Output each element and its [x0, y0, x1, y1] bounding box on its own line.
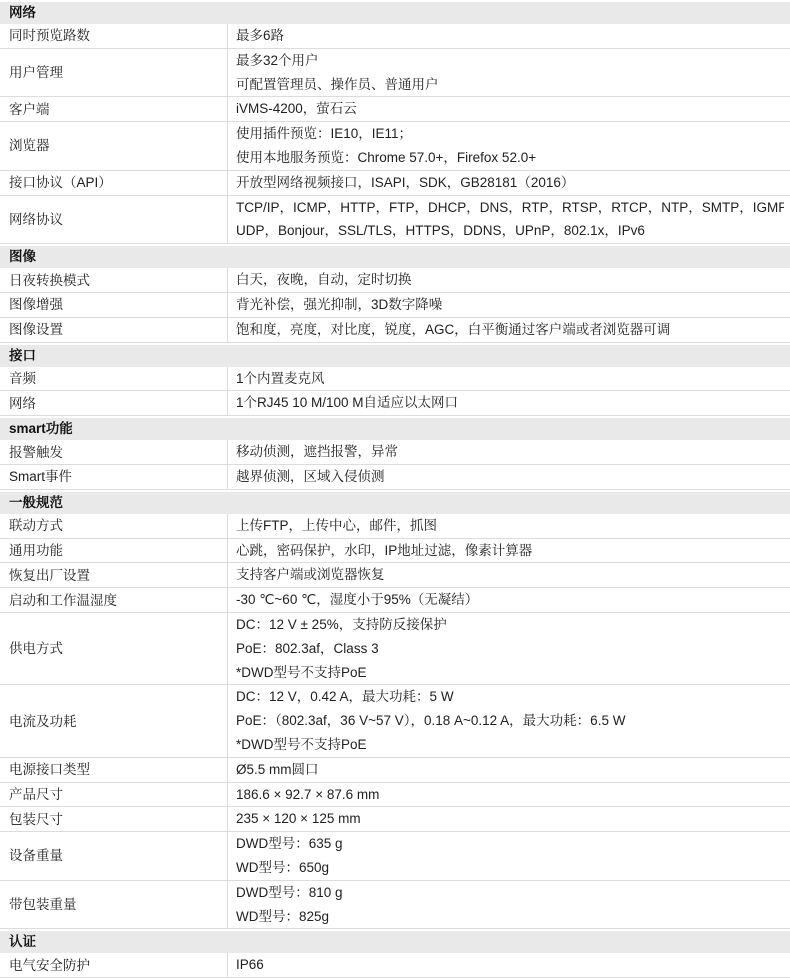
- spec-value: 越界侦测，区域入侵侦测: [228, 465, 790, 489]
- spec-row: 报警触发 移动侦测，遮挡报警，异常: [0, 440, 790, 465]
- spec-label: 通用功能: [0, 539, 228, 563]
- spec-label: 带包装重量: [0, 881, 228, 929]
- section-header: smart功能: [0, 418, 790, 440]
- spec-label: 包装尺寸: [0, 807, 228, 831]
- spec-label: 同时预览路数: [0, 24, 228, 48]
- spec-row: 恢复出厂设置 支持客户端或浏览器恢复: [0, 563, 790, 588]
- spec-row: 带包装重量 DWD型号：810 gWD型号：825g: [0, 881, 790, 930]
- spec-label: 设备重量: [0, 832, 228, 880]
- spec-label: 启动和工作温湿度: [0, 588, 228, 612]
- section-header: 网络: [0, 2, 790, 24]
- spec-row: 图像设置 饱和度，亮度，对比度，锐度，AGC，白平衡通过客户端或者浏览器可调: [0, 318, 790, 343]
- spec-value: Ø5.5 mm圆口: [228, 758, 790, 782]
- spec-label: 客户端: [0, 97, 228, 121]
- spec-label: 浏览器: [0, 122, 228, 170]
- spec-row: 联动方式 上传FTP，上传中心，邮件，抓图: [0, 514, 790, 539]
- spec-label: Smart事件: [0, 465, 228, 489]
- spec-value-line: 移动侦测，遮挡报警，异常: [236, 440, 784, 464]
- spec-value: DWD型号：635 gWD型号：650g: [228, 832, 790, 880]
- spec-row: 浏览器 使用插件预览：IE10，IE11；使用本地服务预览：Chrome 57.…: [0, 122, 790, 171]
- spec-label: 电流及功耗: [0, 685, 228, 756]
- spec-value-line: iVMS-4200，萤石云: [236, 97, 784, 121]
- spec-value-line: 上传FTP，上传中心，邮件，抓图: [236, 514, 784, 538]
- spec-label: 日夜转换模式: [0, 268, 228, 292]
- spec-value: 1个内置麦克风: [228, 367, 790, 391]
- spec-value-line: 最多32个用户: [236, 49, 784, 73]
- spec-value-line: 使用本地服务预览：Chrome 57.0+，Firefox 52.0+: [236, 146, 784, 170]
- spec-value: iVMS-4200，萤石云: [228, 97, 790, 121]
- spec-value-line: Ø5.5 mm圆口: [236, 758, 784, 782]
- spec-value-line: 1个RJ45 10 M/100 M自适应以太网口: [236, 391, 784, 415]
- spec-label: 供电方式: [0, 613, 228, 684]
- spec-value-line: 心跳，密码保护，水印，IP地址过滤，像素计算器: [236, 539, 784, 563]
- spec-value-line: UDP，Bonjour，SSL/TLS，HTTPS，DDNS，UPnP，802.…: [236, 219, 784, 243]
- spec-value-line: 白天，夜晚，自动，定时切换: [236, 268, 784, 292]
- spec-value: 背光补偿，强光抑制，3D数字降噪: [228, 293, 790, 317]
- spec-label: 电源接口类型: [0, 758, 228, 782]
- section-header: 认证: [0, 931, 790, 953]
- spec-value: 使用插件预览：IE10，IE11；使用本地服务预览：Chrome 57.0+，F…: [228, 122, 790, 170]
- spec-value: 白天，夜晚，自动，定时切换: [228, 268, 790, 292]
- spec-value-line: -30 ℃~60 ℃，湿度小于95%（无凝结）: [236, 588, 784, 612]
- spec-label: 网络: [0, 391, 228, 415]
- spec-value-line: WD型号：825g: [236, 905, 784, 929]
- spec-row: 设备重量 DWD型号：635 gWD型号：650g: [0, 832, 790, 881]
- spec-value-line: WD型号：650g: [236, 856, 784, 880]
- spec-label: 报警触发: [0, 440, 228, 464]
- spec-value: -30 ℃~60 ℃，湿度小于95%（无凝结）: [228, 588, 790, 612]
- section-header: 一般规范: [0, 492, 790, 514]
- spec-value-line: 饱和度，亮度，对比度，锐度，AGC，白平衡通过客户端或者浏览器可调: [236, 318, 784, 342]
- section-header: 图像: [0, 246, 790, 268]
- spec-label: 图像设置: [0, 318, 228, 342]
- spec-value: 开放型网络视频接口，ISAPI，SDK，GB28181（2016）: [228, 171, 790, 195]
- spec-value-line: 1个内置麦克风: [236, 367, 784, 391]
- spec-row: 电气安全防护 IP66: [0, 953, 790, 978]
- spec-value-line: 支持客户端或浏览器恢复: [236, 563, 784, 587]
- spec-label: 产品尺寸: [0, 783, 228, 807]
- spec-value-line: DC：12 V，0.42 A，最大功耗：5 W: [236, 685, 784, 709]
- spec-value-line: PoE：802.3af，Class 3: [236, 637, 784, 661]
- spec-value-line: 越界侦测，区域入侵侦测: [236, 465, 784, 489]
- spec-row: 电源接口类型 Ø5.5 mm圆口: [0, 758, 790, 783]
- spec-value: DC：12 V ± 25%，支持防反接保护PoE：802.3af，Class 3…: [228, 613, 790, 684]
- spec-value-line: IP66: [236, 953, 784, 977]
- spec-value: 186.6 × 92.7 × 87.6 mm: [228, 783, 790, 807]
- spec-value-line: 背光补偿，强光抑制，3D数字降噪: [236, 293, 784, 317]
- spec-row: 图像增强 背光补偿，强光抑制，3D数字降噪: [0, 293, 790, 318]
- spec-value: 最多6路: [228, 24, 790, 48]
- spec-value: 支持客户端或浏览器恢复: [228, 563, 790, 587]
- spec-value: 心跳，密码保护，水印，IP地址过滤，像素计算器: [228, 539, 790, 563]
- spec-label: 接口协议（API）: [0, 171, 228, 195]
- section-header: 接口: [0, 345, 790, 367]
- spec-value-line: 使用插件预览：IE10，IE11；: [236, 122, 784, 146]
- spec-row: 网络 1个RJ45 10 M/100 M自适应以太网口: [0, 391, 790, 416]
- spec-value-line: PoE：（802.3af，36 V~57 V），0.18 A~0.12 A，最大…: [236, 709, 784, 733]
- spec-row: 产品尺寸 186.6 × 92.7 × 87.6 mm: [0, 783, 790, 808]
- spec-row: 同时预览路数 最多6路: [0, 24, 790, 49]
- spec-value-line: 可配置管理员、操作员、普通用户: [236, 73, 784, 97]
- spec-label: 联动方式: [0, 514, 228, 538]
- spec-label: 恢复出厂设置: [0, 563, 228, 587]
- spec-value: DC：12 V，0.42 A，最大功耗：5 WPoE：（802.3af，36 V…: [228, 685, 790, 756]
- spec-label: 图像增强: [0, 293, 228, 317]
- spec-row: 供电方式 DC：12 V ± 25%，支持防反接保护PoE：802.3af，Cl…: [0, 613, 790, 685]
- spec-label: 电气安全防护: [0, 953, 228, 977]
- spec-row: Smart事件 越界侦测，区域入侵侦测: [0, 465, 790, 490]
- spec-row: 电流及功耗 DC：12 V，0.42 A，最大功耗：5 WPoE：（802.3a…: [0, 685, 790, 757]
- spec-row: 用户管理 最多32个用户可配置管理员、操作员、普通用户: [0, 49, 790, 98]
- spec-label: 用户管理: [0, 49, 228, 97]
- spec-value: TCP/IP，ICMP，HTTP，FTP，DHCP，DNS，RTP，RTSP，R…: [228, 196, 790, 244]
- spec-row: 网络协议 TCP/IP，ICMP，HTTP，FTP，DHCP，DNS，RTP，R…: [0, 196, 790, 245]
- spec-label: 网络协议: [0, 196, 228, 244]
- spec-value-line: 最多6路: [236, 24, 784, 48]
- spec-value-line: TCP/IP，ICMP，HTTP，FTP，DHCP，DNS，RTP，RTSP，R…: [236, 196, 784, 220]
- spec-value-line: DWD型号：810 g: [236, 881, 784, 905]
- spec-label: 音频: [0, 367, 228, 391]
- spec-value: 上传FTP，上传中心，邮件，抓图: [228, 514, 790, 538]
- spec-value: 1个RJ45 10 M/100 M自适应以太网口: [228, 391, 790, 415]
- spec-table: 网络 同时预览路数 最多6路 用户管理 最多32个用户可配置管理员、操作员、普通…: [0, 2, 790, 978]
- spec-page: 网络 同时预览路数 最多6路 用户管理 最多32个用户可配置管理员、操作员、普通…: [0, 2, 790, 978]
- spec-value: 235 × 120 × 125 mm: [228, 807, 790, 831]
- spec-row: 日夜转换模式 白天，夜晚，自动，定时切换: [0, 268, 790, 293]
- spec-row: 包装尺寸 235 × 120 × 125 mm: [0, 807, 790, 832]
- spec-row: 通用功能 心跳，密码保护，水印，IP地址过滤，像素计算器: [0, 539, 790, 564]
- spec-row: 客户端 iVMS-4200，萤石云: [0, 97, 790, 122]
- spec-value: 饱和度，亮度，对比度，锐度，AGC，白平衡通过客户端或者浏览器可调: [228, 318, 790, 342]
- spec-row: 启动和工作温湿度 -30 ℃~60 ℃，湿度小于95%（无凝结）: [0, 588, 790, 613]
- spec-value-line: *DWD型号不支持PoE: [236, 733, 784, 757]
- spec-value-line: 186.6 × 92.7 × 87.6 mm: [236, 783, 784, 807]
- spec-value: 移动侦测，遮挡报警，异常: [228, 440, 790, 464]
- spec-value: IP66: [228, 953, 790, 977]
- spec-value: DWD型号：810 gWD型号：825g: [228, 881, 790, 929]
- spec-row: 音频 1个内置麦克风: [0, 367, 790, 392]
- spec-value-line: 235 × 120 × 125 mm: [236, 807, 784, 831]
- spec-value-line: 开放型网络视频接口，ISAPI，SDK，GB28181（2016）: [236, 171, 784, 195]
- spec-value-line: DC：12 V ± 25%，支持防反接保护: [236, 613, 784, 637]
- spec-value-line: *DWD型号不支持PoE: [236, 661, 784, 685]
- spec-value: 最多32个用户可配置管理员、操作员、普通用户: [228, 49, 790, 97]
- spec-row: 接口协议（API） 开放型网络视频接口，ISAPI，SDK，GB28181（20…: [0, 171, 790, 196]
- spec-value-line: DWD型号：635 g: [236, 832, 784, 856]
